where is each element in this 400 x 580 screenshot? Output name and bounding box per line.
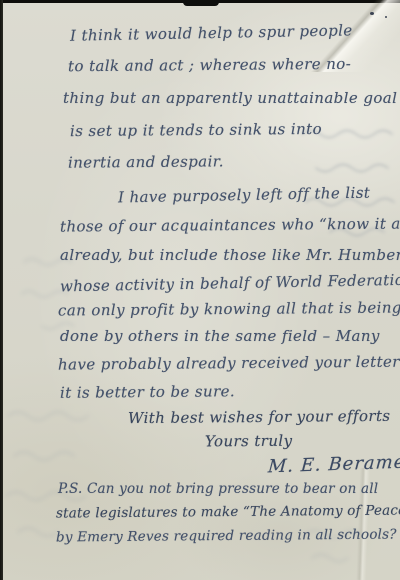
scan-edge-left xyxy=(0,0,3,580)
scanned-letter-page: I think it would help to spur people to … xyxy=(0,0,400,580)
ink-dot xyxy=(385,16,387,18)
postscript-line: state legislatures to make “The Anatomy … xyxy=(56,502,400,521)
signature: M. E. Berame xyxy=(267,452,400,478)
letter-line: thing but an apparently unattainable goa… xyxy=(63,89,397,107)
signoff-line: Yours truly xyxy=(205,432,293,451)
letter-line: already, but include those like Mr. Humb… xyxy=(60,246,400,264)
letter-line: those of our acquaintances who “know it … xyxy=(60,214,400,235)
letter-line: I have purposely left off the list xyxy=(118,184,371,207)
letter-line: to talk and act ; whereas where no- xyxy=(68,55,351,75)
letter-line: whose activity in behalf of World Federa… xyxy=(60,271,400,296)
letter-line: inertia and despair. xyxy=(68,152,224,171)
postscript-line: by Emery Reves required reading in all s… xyxy=(56,527,397,546)
letter-line: I think it would help to spur people xyxy=(70,21,353,44)
letter-line: is set up it tends to sink us into xyxy=(70,120,322,140)
letter-line: have probably already received your lett… xyxy=(58,352,400,373)
letter-line: can only profit by knowing all that is b… xyxy=(58,298,400,319)
closing-line: With best wishes for your efforts xyxy=(128,407,391,427)
postscript-line: P.S. Can you not bring pressure to bear … xyxy=(58,481,378,497)
ink-dot xyxy=(370,12,374,15)
ink-bleed-through xyxy=(2,400,122,550)
letter-line: it is better to be sure. xyxy=(60,382,235,402)
scan-edge-notch xyxy=(183,0,219,6)
letter-line: done by others in the same field – Many xyxy=(60,327,380,345)
